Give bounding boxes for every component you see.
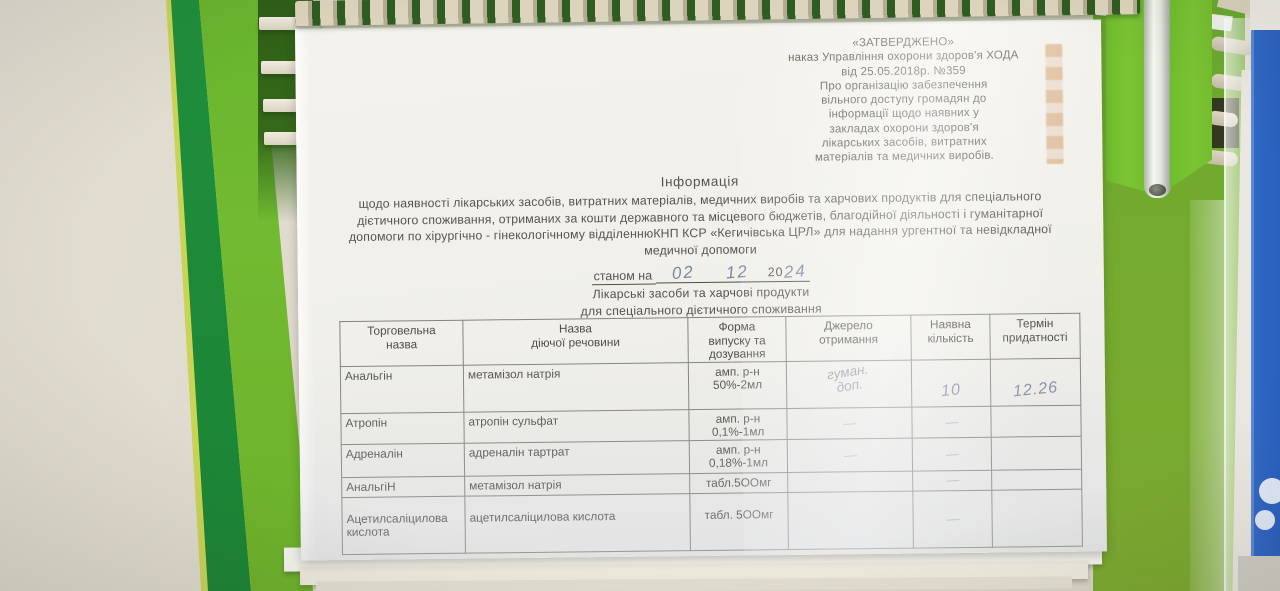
- photo-tint: [299, 339, 1107, 561]
- plastic-sleeve-edge: [1190, 200, 1224, 591]
- folder-logo-circle: [1259, 478, 1280, 504]
- hanger-rod-tip: [1149, 184, 1166, 196]
- green-flap: [1106, 0, 1147, 192]
- wall-bottom-right: [1238, 556, 1280, 591]
- date-label: станом на: [591, 269, 656, 286]
- folder-logo-circle: [1255, 510, 1275, 530]
- photo-of-display-board: «ЗАТВЕРДЖЕНО» наказ Управління охорони з…: [0, 0, 1280, 591]
- hanger-rod-vertical: [1144, 0, 1171, 198]
- date-day: 02: [656, 262, 710, 284]
- green-flap: [1170, 0, 1212, 188]
- wall-corner: [1250, 0, 1280, 34]
- document-sheet: «ЗАТВЕРДЖЕНО» наказ Управління охорони з…: [295, 19, 1107, 560]
- blue-folder: [1251, 30, 1280, 558]
